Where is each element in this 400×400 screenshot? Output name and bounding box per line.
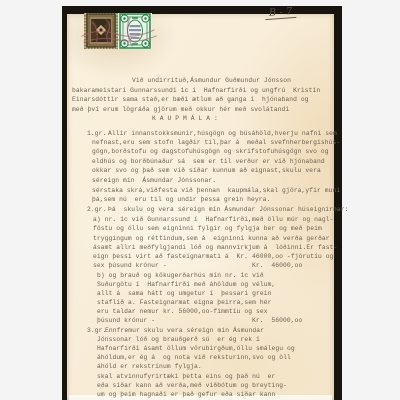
typed-line: áhöldum,er ég á og nota við reksturinn,s… bbox=[97, 355, 291, 362]
typed-line: sex þúsund krónur - bbox=[93, 263, 167, 270]
typed-line: Suðurgötu í Hafnarfirði með áhöldum og v… bbox=[97, 282, 275, 289]
typed-line: b) og brauð og kökugerðarhús mín nr. 1c … bbox=[97, 273, 264, 280]
typed-line: Einarsdóttir sama stað,er bæði ætlum að … bbox=[72, 97, 309, 104]
typed-line: séreign mín Ásmundar Jónssonar. bbox=[92, 178, 216, 185]
typed-text-layer: Við undirrituð,Ásmundur Guðmundur Jónsso… bbox=[0, 0, 400, 400]
typed-line: nefnast,eru sem stofn lagðir til,þar á m… bbox=[92, 140, 340, 147]
typed-line: um og þeim hagnaði er það gefur eða síða… bbox=[97, 392, 275, 399]
photographed-document-page: B - 7 Við undirrituð,Ásmundur Guðmundur … bbox=[0, 0, 400, 400]
typed-line: eign þessi virt að fasteignarmati á Kr. … bbox=[93, 254, 333, 261]
typed-line: okkar svo og það sem við síðar kunnum að… bbox=[92, 168, 321, 175]
typed-line: föstu og öllu sem eigninni fylgir og fyl… bbox=[93, 226, 322, 233]
typed-line: Þá skulu og vera séreign mín Ásmundar Jó… bbox=[108, 207, 348, 214]
typed-line: eldhús og borðbúnaður sá sem er til verð… bbox=[92, 159, 325, 166]
typed-line: eða síðar kann að verða,með viðbótum og … bbox=[97, 383, 287, 390]
typed-line: 1.gr. bbox=[87, 131, 106, 138]
typed-line: gögn,borðstofu og dagstofuhúsgögn og skr… bbox=[92, 149, 329, 156]
typed-line: þá,sem nú eru til og undir þessa grein h… bbox=[92, 197, 270, 204]
typed-line: 3.gr. bbox=[87, 328, 106, 335]
typed-line: Ennfremur skulu vera séreign mín Ásmunda… bbox=[105, 328, 264, 335]
typed-line: ásamt allri meðfylgjandi lóð og mannvirk… bbox=[93, 245, 337, 252]
typed-line: K A U P M Á L A : bbox=[152, 116, 218, 123]
typed-line: tryggingum og réttindum,sem á eigninni k… bbox=[93, 236, 330, 243]
typed-line: bakarameistari Gunnarssundi 1c í Hafnarf… bbox=[72, 88, 320, 95]
typed-line: staflið a. Fasteignarmat eigna þeirra,se… bbox=[97, 300, 272, 307]
typed-line: þúsund krónur - bbox=[97, 318, 155, 325]
typed-line: Hafnarfirði ásamt öllum vörubirgðum,öllu… bbox=[97, 346, 295, 353]
typed-line: eru taldar nemur kr. 56000,oo-fimmtíu og… bbox=[97, 309, 268, 316]
typed-line: Kr. 46000,oo bbox=[252, 263, 302, 270]
typed-line: skal atvinnufyrirtæki þetta eins og það … bbox=[97, 374, 275, 381]
typed-line: með því erum lögráða gjörum með okkur hé… bbox=[72, 107, 289, 114]
typed-line: a) nr. 1c við Gunnarssund í Hafnarfirði,… bbox=[93, 217, 333, 224]
typed-line: sérstaka skrá,viðfesta við þennan kaupmá… bbox=[92, 188, 340, 195]
typed-line: Allir innanstokksmunir,húsgögn og búsáhö… bbox=[108, 131, 337, 138]
typed-line: Við undirrituð,Ásmundur Guðmundur Jónsso… bbox=[132, 78, 291, 85]
typed-line: áhöld er rekstrinum fylgja. bbox=[97, 364, 202, 371]
typed-line: allt á sama hátt og umgetur í þessari gr… bbox=[97, 291, 272, 298]
typed-line: Jónssonar lóð og brauðgerð sú er ég rek … bbox=[97, 337, 260, 344]
typed-line: 2.gr. bbox=[87, 207, 106, 214]
typed-line: Kr. 56000,oo bbox=[252, 318, 302, 325]
